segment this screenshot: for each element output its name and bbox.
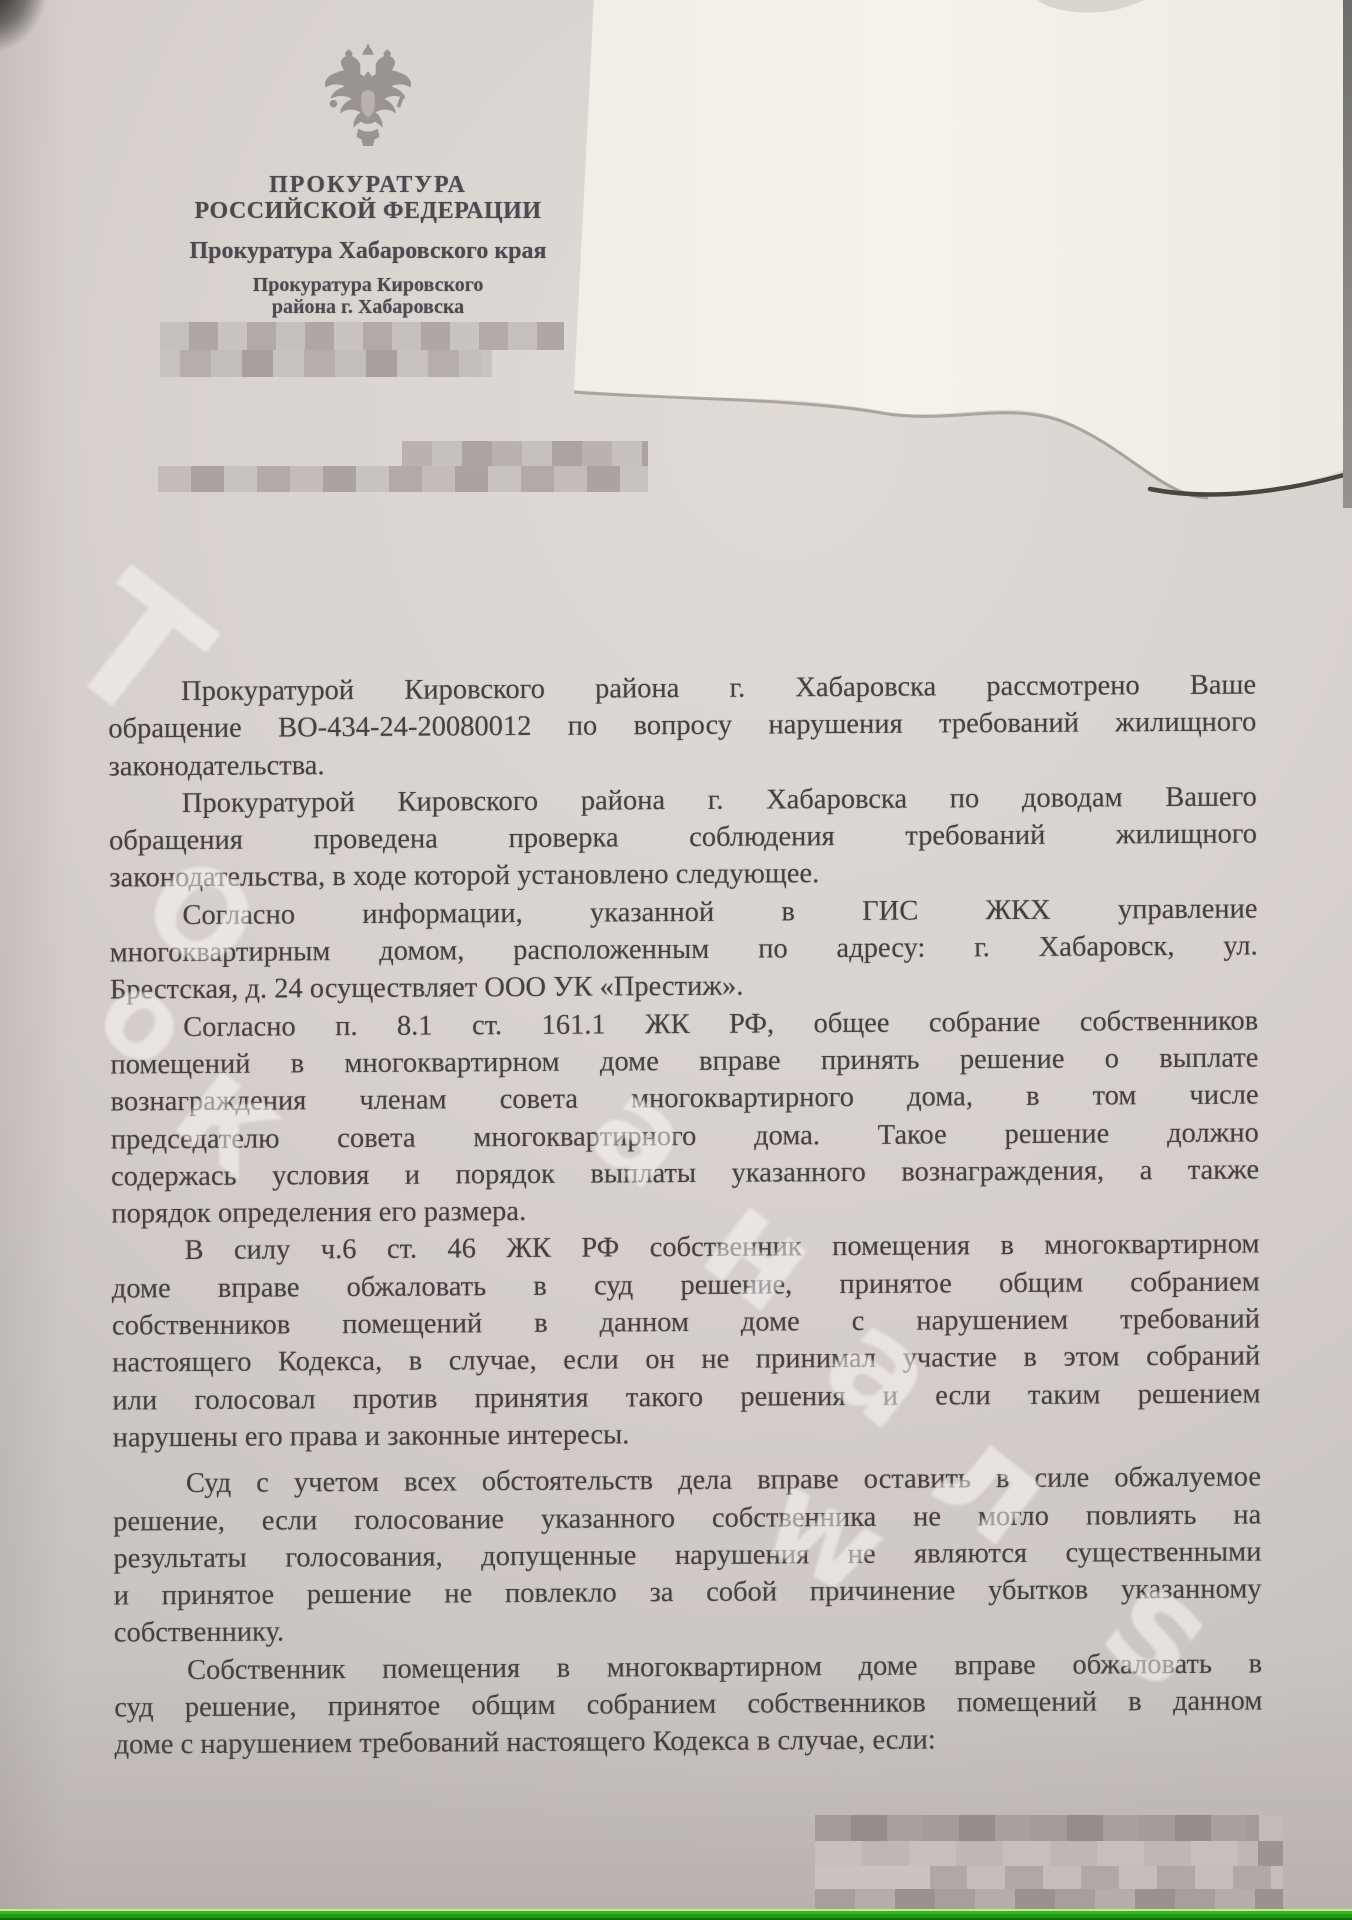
letter-body: Прокуратурой Кировского района г. Хабаро… <box>108 666 1263 1764</box>
body-line: Суд с учетом всех обстоятельств дела впр… <box>113 1459 1261 1503</box>
paragraph: Собственник помещения в многоквартирном … <box>114 1645 1263 1764</box>
photo-edge-strip <box>1343 0 1352 508</box>
body-line: содержась условия и порядок выплаты указ… <box>111 1151 1259 1195</box>
body-line: суд решение, принятое общим собранием со… <box>114 1682 1262 1726</box>
org-district-line1: Прокуратура Кировского <box>138 274 598 296</box>
body-line: вознаграждения членам совета многокварти… <box>111 1077 1259 1121</box>
body-line: и принятое решение не повлекло за собой … <box>114 1571 1262 1615</box>
green-progress-strip <box>0 1909 1352 1920</box>
paragraph: Прокуратурой Кировского района г. Хабаро… <box>109 778 1258 897</box>
redaction-row <box>160 350 492 377</box>
letterhead: ПРОКУРАТУРА РОССИЙСКОЙ ФЕДЕРАЦИИ Прокура… <box>138 44 598 318</box>
paragraph: Прокуратурой Кировского района г. Хабаро… <box>108 666 1257 785</box>
double-headed-eagle-emblem <box>320 44 416 150</box>
org-name-line1: ПРОКУРАТУРА <box>138 172 598 198</box>
paragraph: В силу ч.6 ст. 46 ЖК РФ собственник поме… <box>111 1226 1260 1457</box>
org-region-line: Прокуратура Хабаровского края <box>138 238 598 264</box>
body-line: нарушены его права и законные интересы. <box>113 1412 1261 1456</box>
scanned-letter-photo: ПРОКУРАТУРА РОССИЙСКОЙ ФЕДЕРАЦИИ Прокура… <box>0 0 1352 1920</box>
redacted-reference-block <box>158 441 648 492</box>
body-line: обращение ВО-434-24-20080012 по вопросу … <box>108 704 1256 748</box>
redaction-row <box>158 466 648 492</box>
paragraph: Согласно п. 8.1 ст. 161.1 ЖК РФ, общее с… <box>110 1002 1259 1233</box>
org-name-line2: РОССИЙСКОЙ ФЕДЕРАЦИИ <box>138 198 598 224</box>
redacted-address-block <box>160 322 564 377</box>
redaction-row <box>815 1866 1283 1889</box>
paragraph: Суд с учетом всех обстоятельств дела впр… <box>113 1459 1262 1652</box>
body-line: или голосовал против принятия такого реш… <box>112 1375 1260 1419</box>
redaction-row <box>160 322 564 350</box>
body-line: настоящего Кодекса, в случае, если он не… <box>112 1338 1260 1382</box>
redaction-row <box>815 1841 1283 1866</box>
body-line: многоквартирным домом, расположенным по … <box>110 928 1258 972</box>
org-district-line2: района г. Хабаровска <box>138 296 598 318</box>
redaction-row <box>815 1815 1283 1841</box>
redaction-row <box>402 441 648 466</box>
body-line: обращения проведена проверка соблюдения … <box>109 816 1257 860</box>
body-line: доме с нарушением требований настоящего … <box>114 1720 1262 1764</box>
redacted-signature-block <box>815 1815 1283 1913</box>
paragraph: Согласно информации, указанной в ГИС ЖКХ… <box>109 890 1258 1009</box>
